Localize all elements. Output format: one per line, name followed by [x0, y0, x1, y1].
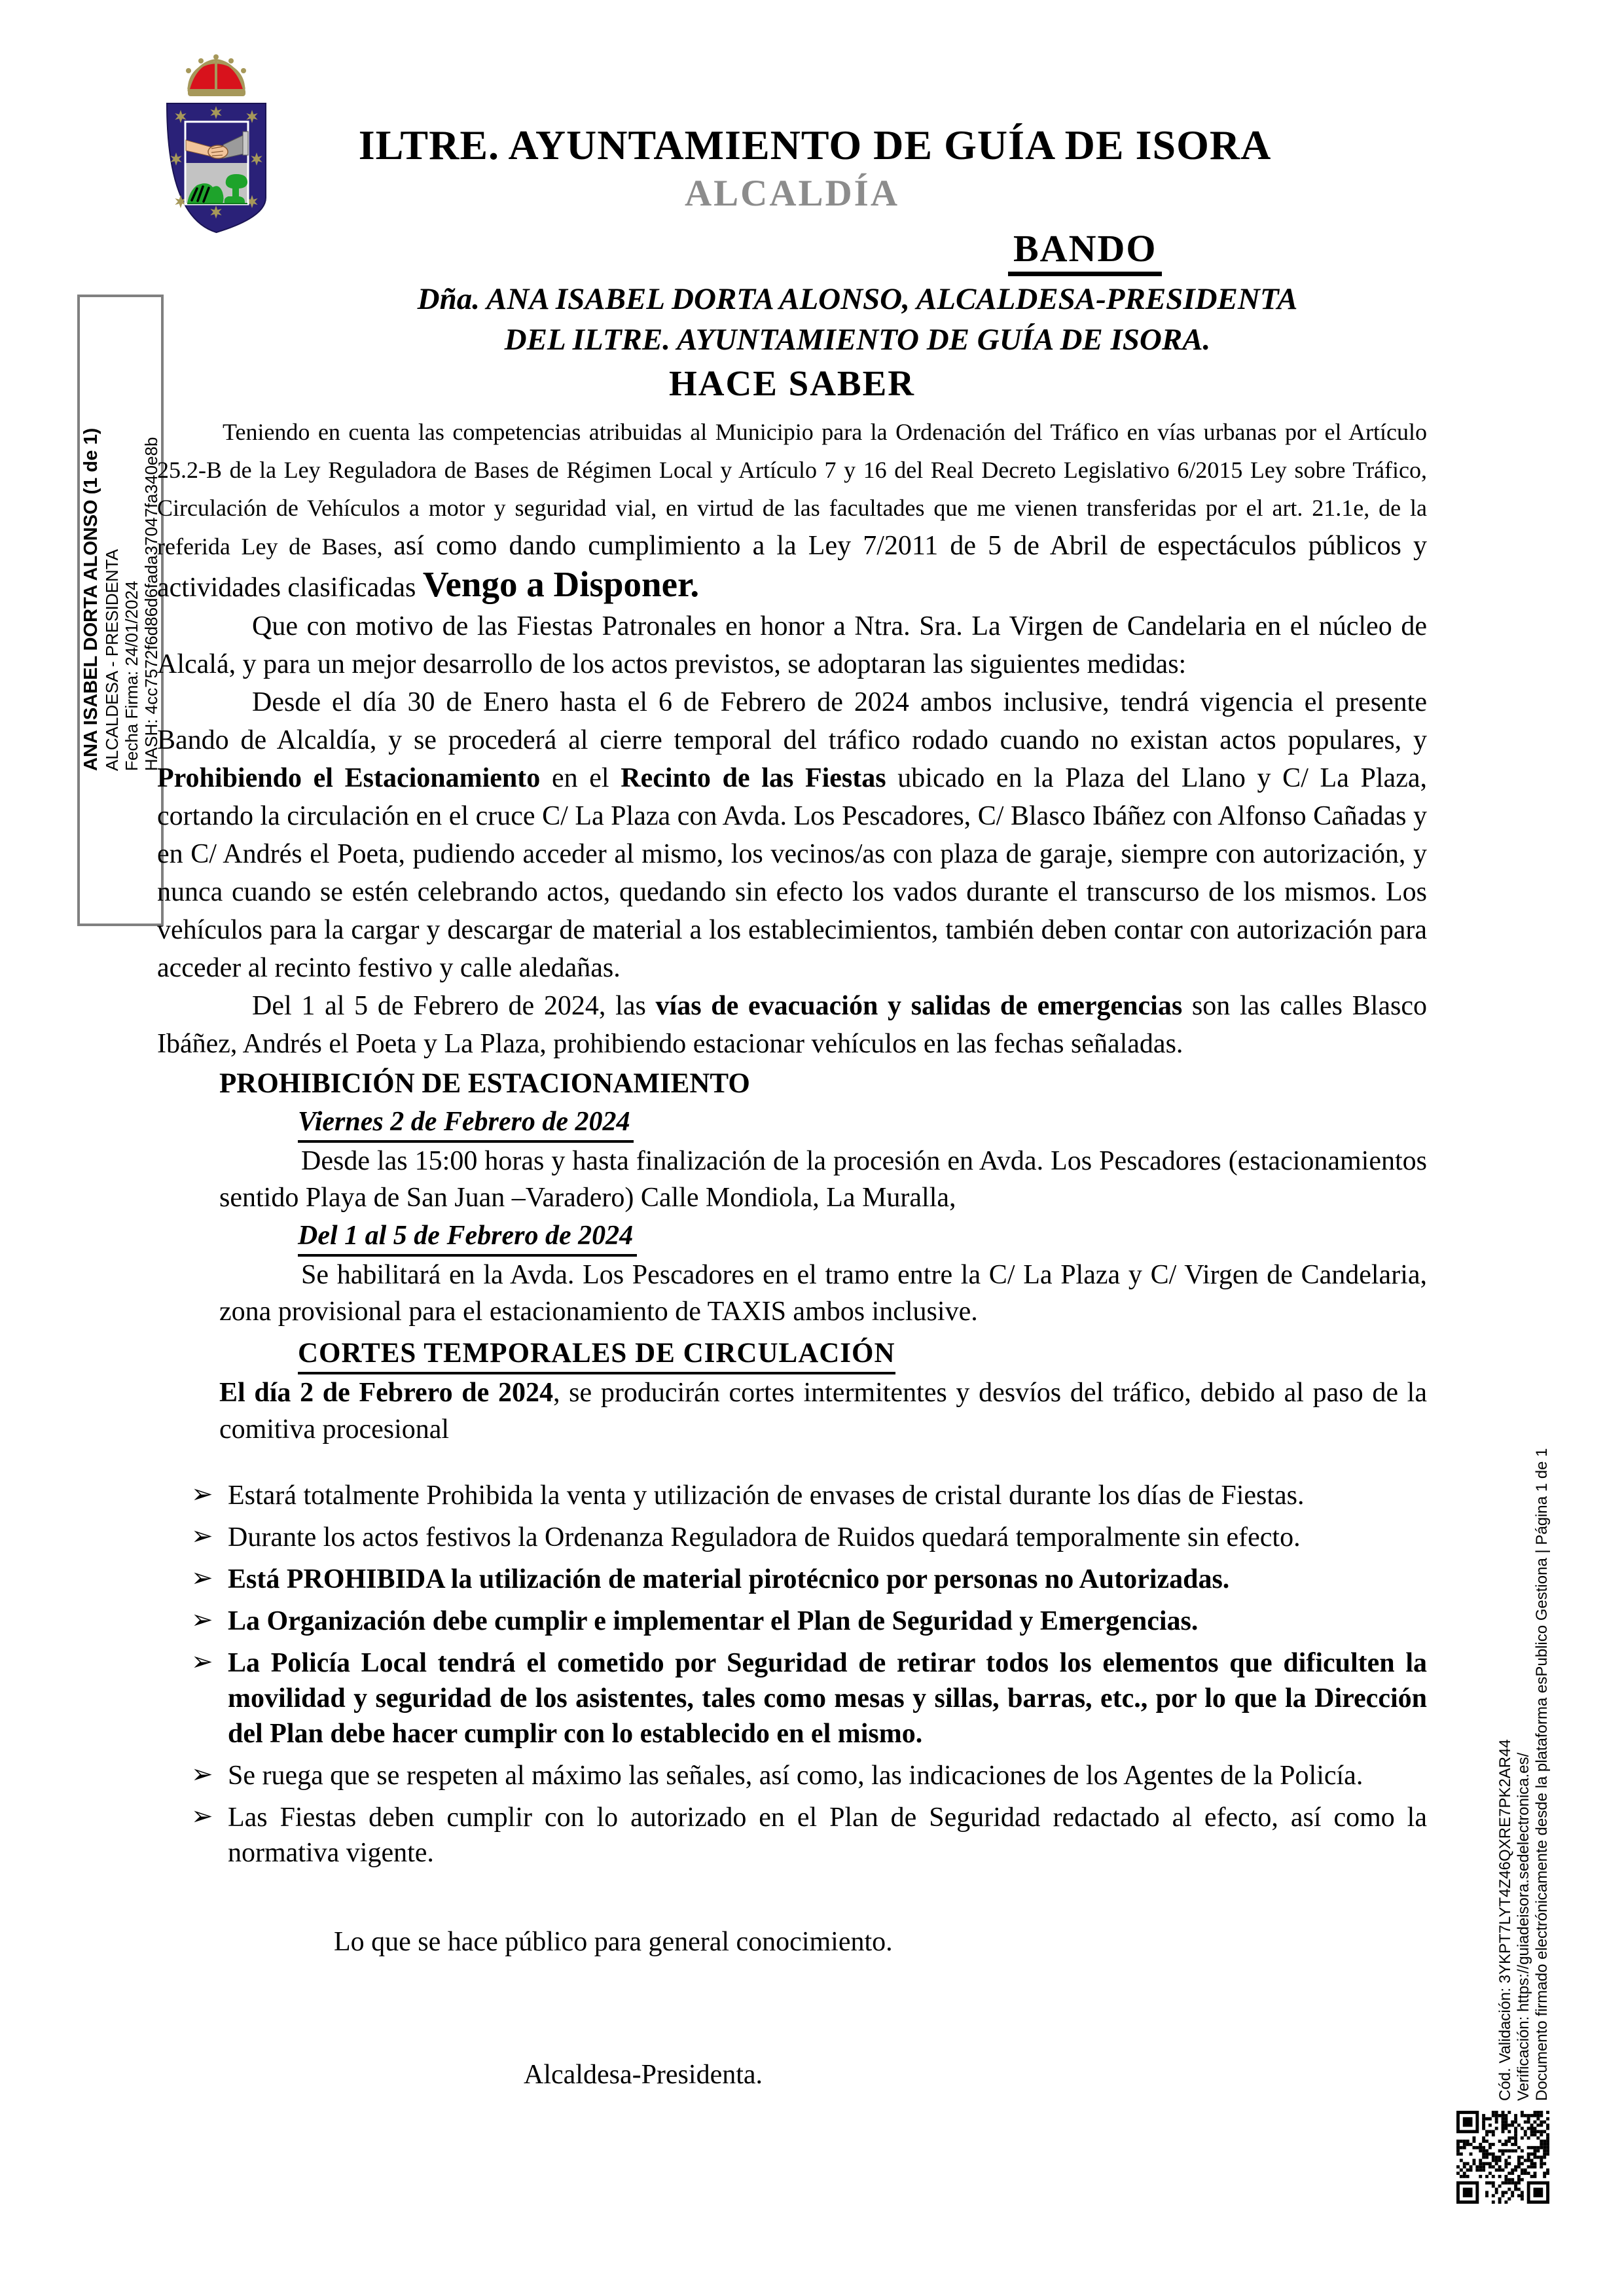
- section-parking: PROHIBICIÓN DE ESTACIONAMIENTO Viernes 2…: [219, 1066, 1427, 1448]
- arrow-bullet-icon: ➢: [191, 1518, 213, 1554]
- vigencia-t2: en el: [540, 763, 621, 793]
- list-item: ➢Durante los actos festivos la Ordenanza…: [157, 1520, 1427, 1555]
- signer-role: ALCALDESA - PRESIDENTA: [102, 303, 122, 771]
- list-item-text: Se ruega que se respeten al máximo las s…: [228, 1761, 1363, 1791]
- paragraph-fiestas: Que con motivo de las Fiestas Patronales…: [157, 607, 1427, 683]
- parking-paragraph-1: Desde las 15:00 horas y hasta finalizaci…: [219, 1143, 1427, 1216]
- list-item: ➢Estará totalmente Prohibida la venta y …: [157, 1478, 1427, 1513]
- document-body: ILTRE. AYUNTAMIENTO DE GUÍA DE ISORA ALC…: [157, 121, 1427, 2090]
- validation-side-text: Cód. Validación: 3YKPT7LYT4Z46QXRE7PK2AR…: [1496, 1401, 1554, 2101]
- arrow-bullet-icon: ➢: [191, 1757, 213, 1792]
- arrow-bullet-icon: ➢: [191, 1477, 213, 1512]
- issuer-line-1: Dña. ANA ISABEL DORTA ALONSO, ALCALDESA-…: [157, 281, 1427, 317]
- list-item-text: Las Fiestas deben cumplir con lo autoriz…: [228, 1803, 1427, 1868]
- page-title: BANDO: [1008, 226, 1162, 276]
- list-item-text: La Policía Local tendrá el cometido por …: [228, 1648, 1427, 1749]
- paragraph-vigencia: Desde el día 30 de Enero hasta el 6 de F…: [157, 683, 1427, 987]
- parking-heading: PROHIBICIÓN DE ESTACIONAMIENTO: [219, 1066, 1427, 1102]
- crown-icon: [186, 54, 246, 96]
- arrow-bullet-icon: ➢: [191, 1644, 213, 1679]
- intro-emphasis: Vengo a Disponer.: [423, 564, 699, 604]
- arrow-bullet-icon: ➢: [191, 1799, 213, 1834]
- signature-platform-note: Documento firmado electrónicamente desde…: [1533, 1401, 1551, 2101]
- cuts-heading: CORTES TEMPORALES DE CIRCULACIÓN: [298, 1335, 895, 1374]
- document-page: ANA ISABEL DORTA ALONSO (1 de 1) ALCALDE…: [0, 0, 1624, 2296]
- signature-date: Fecha Firma: 24/01/2024: [122, 303, 141, 771]
- org-title: ILTRE. AYUNTAMIENTO DE GUÍA DE ISORA: [157, 121, 1427, 170]
- cuts-paragraph: El día 2 de Febrero de 2024, se producir…: [219, 1374, 1427, 1448]
- signer-name: ANA ISABEL DORTA ALONSO (1 de 1): [81, 303, 102, 771]
- arrow-bullet-icon: ➢: [191, 1602, 213, 1638]
- list-item-text: Durante los actos festivos la Ordenanza …: [228, 1522, 1301, 1552]
- parking-paragraph-2: Se habilitará en la Avda. Los Pescadores…: [219, 1257, 1427, 1330]
- title-row: BANDO: [157, 226, 1427, 276]
- evacuacion-b1: vías de evacuación y salidas de emergenc…: [656, 991, 1183, 1021]
- intro-paragraph: Teniendo en cuenta las competencias atri…: [157, 413, 1427, 607]
- vigencia-t1: Desde el día 30 de Enero hasta el 6 de F…: [157, 687, 1427, 755]
- parking-date-2: Del 1 al 5 de Febrero de 2024: [298, 1217, 637, 1257]
- verification-url: Verificación: https://guiadeisora.sedele…: [1515, 1401, 1533, 2101]
- list-item: ➢Se ruega que se respeten al máximo las …: [157, 1758, 1427, 1793]
- vigencia-t3: ubicado en la Plaza del Llano y C/ La Pl…: [157, 763, 1427, 983]
- issuer-line-2: DEL ILTRE. AYUNTAMIENTO DE GUÍA DE ISORA…: [157, 322, 1427, 357]
- list-item: ➢La Organización debe cumplir e implemen…: [157, 1604, 1427, 1639]
- signer-title: Alcaldesa-Presidenta.: [524, 2059, 1427, 2090]
- list-item: ➢Está PROHIBIDA la utilización de materi…: [157, 1562, 1427, 1597]
- validation-lines: Cód. Validación: 3YKPT7LYT4Z46QXRE7PK2AR…: [1496, 1401, 1554, 2101]
- list-item-text: La Organización debe cumplir e implement…: [228, 1606, 1198, 1636]
- proclaim-heading: HACE SABER: [157, 363, 1427, 404]
- list-item-text: Está PROHIBIDA la utilización de materia…: [228, 1564, 1229, 1594]
- vigencia-b2: Recinto de las Fiestas: [621, 763, 886, 793]
- parking-date-1: Viernes 2 de Febrero de 2024: [298, 1103, 634, 1143]
- list-item-text: Estará totalmente Prohibida la venta y u…: [228, 1480, 1305, 1511]
- list-item: ➢La Policía Local tendrá el cometido por…: [157, 1645, 1427, 1751]
- paragraph-evacuacion: Del 1 al 5 de Febrero de 2024, las vías …: [157, 987, 1427, 1063]
- rules-list: ➢Estará totalmente Prohibida la venta y …: [157, 1478, 1427, 1871]
- signature-box-text: ANA ISABEL DORTA ALONSO (1 de 1) ALCALDE…: [82, 303, 159, 918]
- dept-title: ALCALDÍA: [157, 172, 1427, 215]
- validation-code: Cód. Validación: 3YKPT7LYT4Z46QXRE7PK2AR…: [1496, 1401, 1515, 2101]
- fiestas-text: Que con motivo de las Fiestas Patronales…: [157, 611, 1427, 679]
- list-item: ➢Las Fiestas deben cumplir con lo autori…: [157, 1800, 1427, 1871]
- signature-box: ANA ISABEL DORTA ALONSO (1 de 1) ALCALDE…: [77, 295, 164, 926]
- evacuacion-t1: Del 1 al 5 de Febrero de 2024, las: [252, 991, 656, 1021]
- vigencia-b1: Prohibiendo el Estacionamiento: [157, 763, 540, 793]
- closing-statement: Lo que se hace público para general cono…: [334, 1926, 1427, 1958]
- qr-code: [1456, 2111, 1549, 2204]
- cuts-date-bold: El día 2 de Febrero de 2024: [219, 1378, 553, 1408]
- arrow-bullet-icon: ➢: [191, 1560, 213, 1596]
